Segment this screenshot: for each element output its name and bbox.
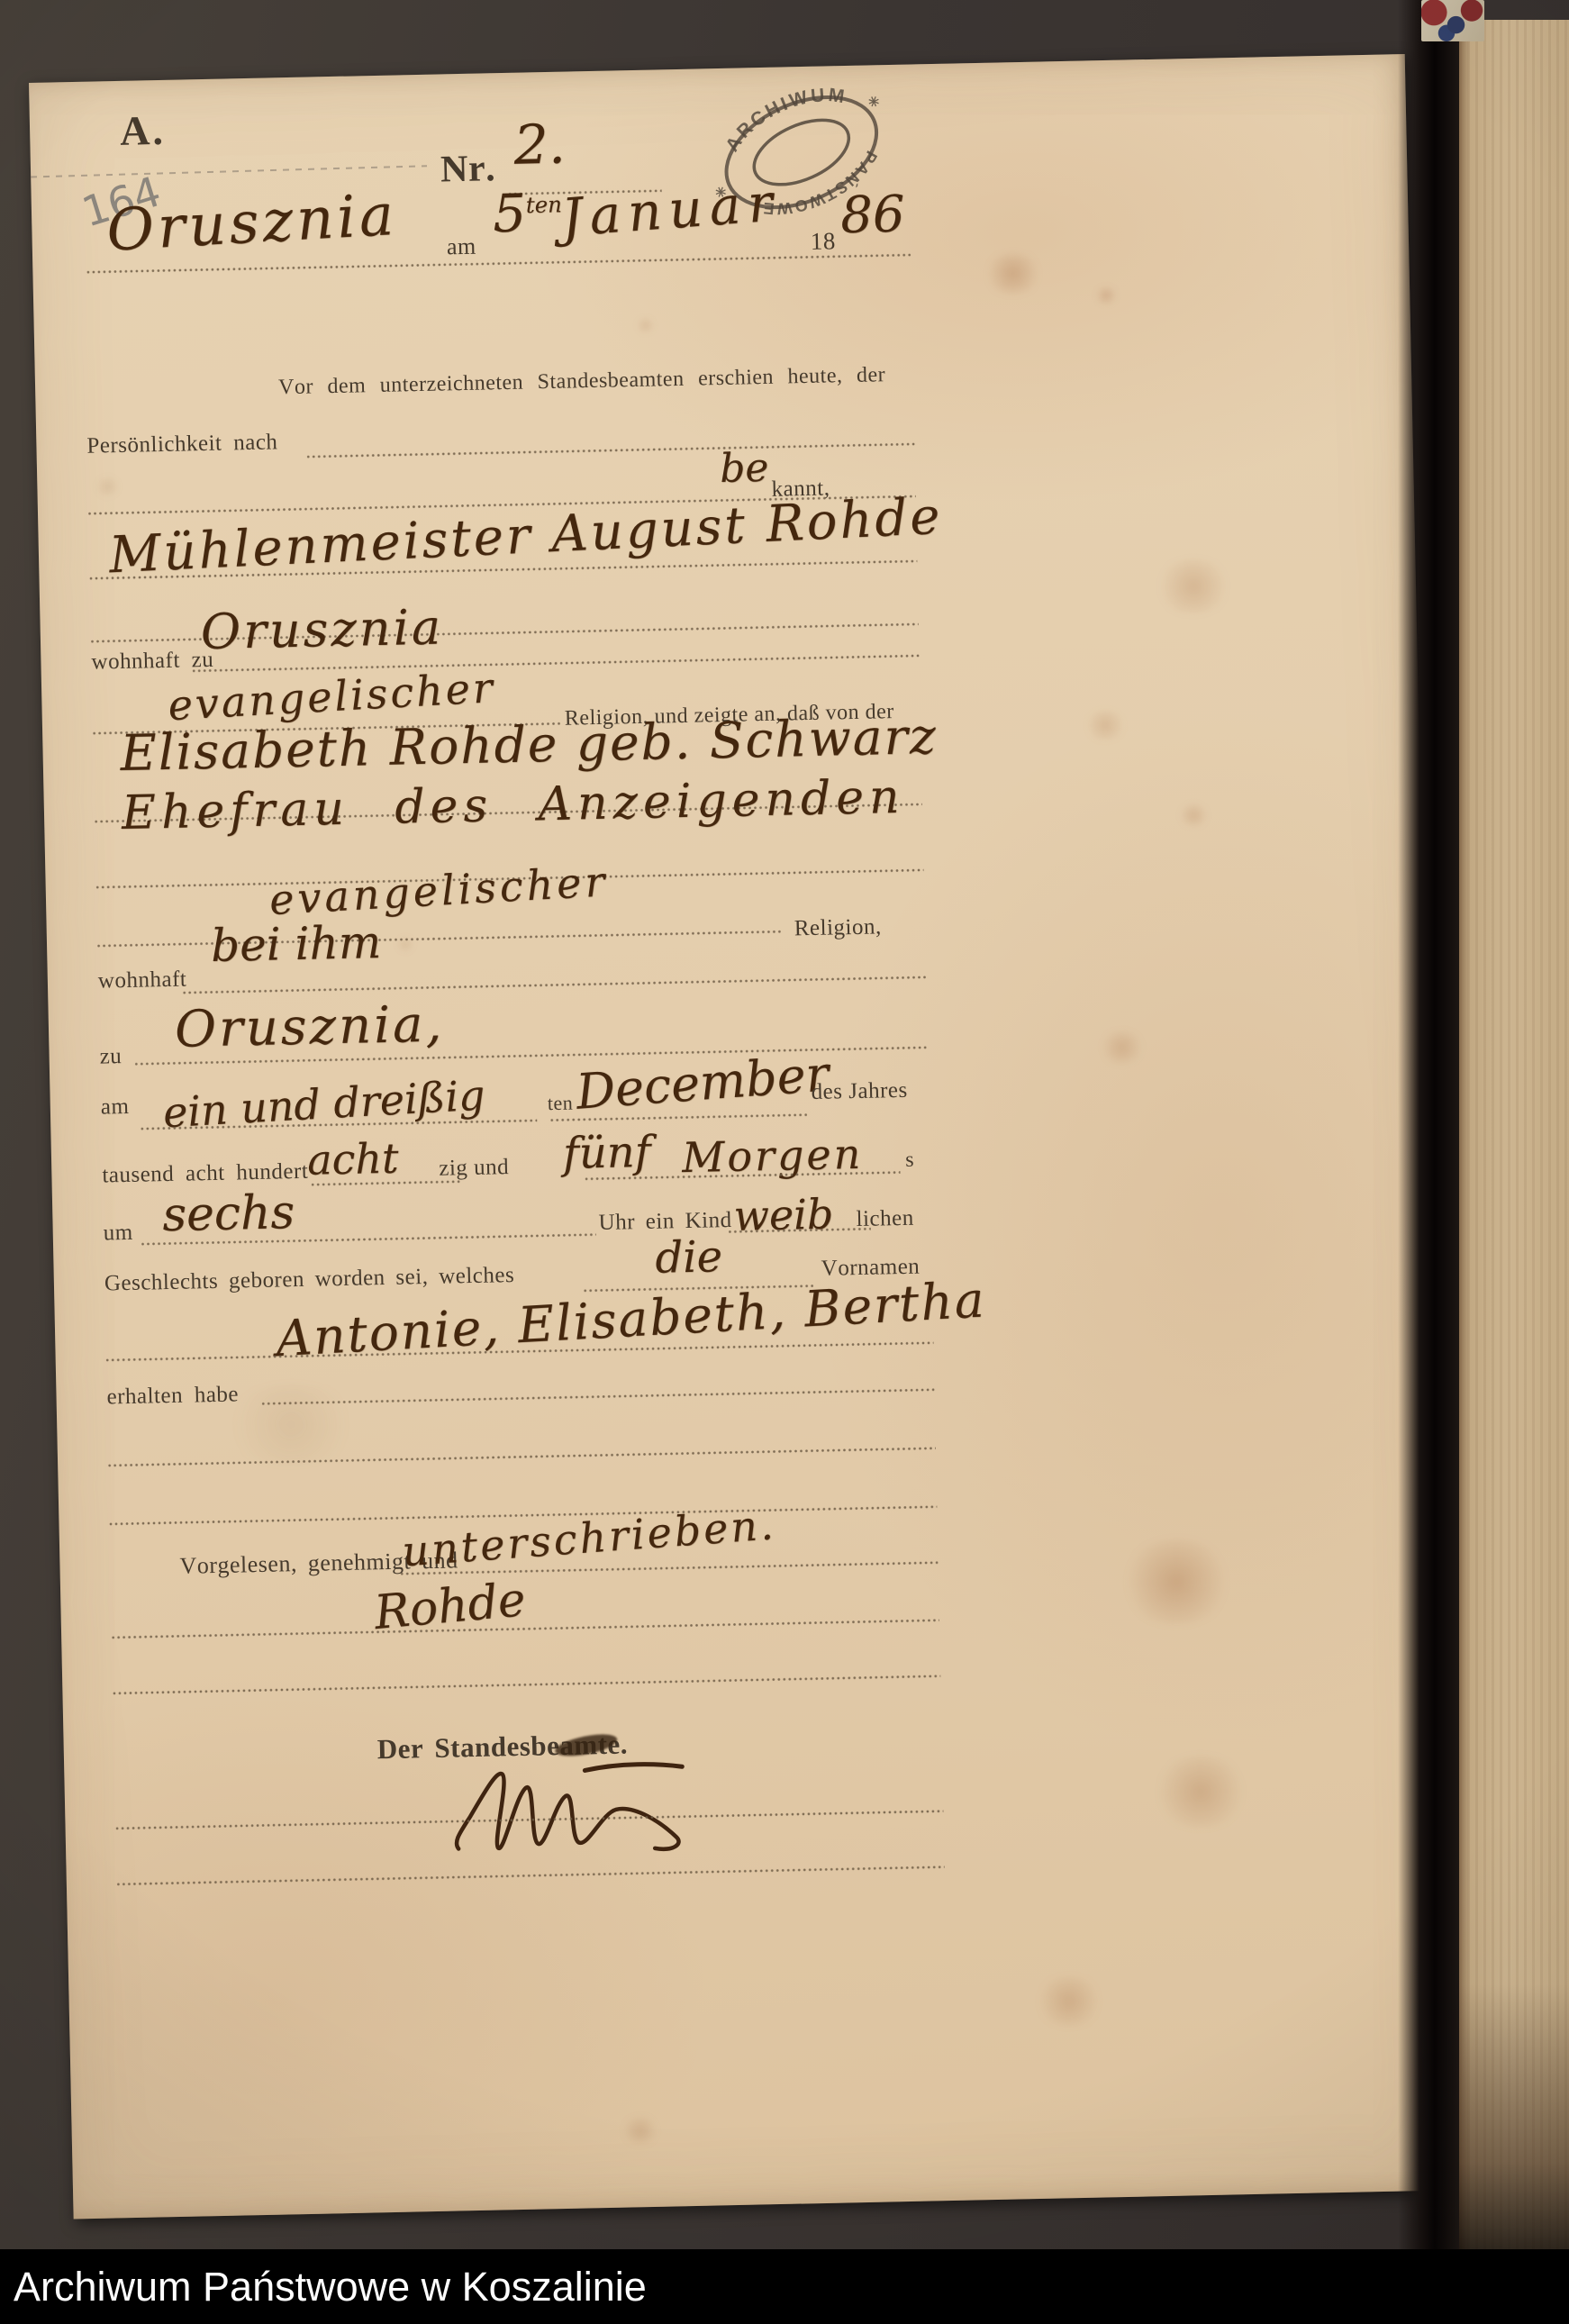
dotted-line bbox=[97, 931, 782, 948]
zig-und-label: zig und bbox=[439, 1156, 509, 1181]
date-day-suffix: ten bbox=[526, 191, 563, 218]
paper-stain bbox=[1152, 558, 1234, 614]
religion2-handwritten: evangelischer bbox=[268, 859, 610, 921]
paper-stain bbox=[619, 2117, 661, 2145]
dotted-line bbox=[307, 442, 915, 458]
birth-month-handwritten: December bbox=[575, 1049, 830, 1118]
record-number-handwritten: 2. bbox=[513, 117, 567, 175]
um-label: um bbox=[104, 1221, 133, 1246]
document-page: A. 164 Nr. 2. ARCHIWUM PAŃSTWOWE ✳ ✳ Oru… bbox=[29, 54, 1449, 2219]
paper-stain bbox=[1083, 711, 1129, 740]
dotted-line bbox=[108, 1447, 936, 1466]
paper-stain bbox=[1177, 804, 1210, 827]
dotted-line bbox=[183, 976, 926, 994]
paper-stain bbox=[636, 318, 656, 331]
tausend-label: tausend acht hundert bbox=[102, 1160, 308, 1188]
nr-label: Nr. bbox=[440, 149, 496, 189]
am-label: am bbox=[447, 234, 476, 259]
registry-place-handwritten: Orusznia bbox=[105, 186, 399, 262]
date-day: 5 bbox=[492, 182, 526, 244]
residence2-handwritten: bei ihm bbox=[211, 919, 382, 969]
year-printed: 18 bbox=[811, 228, 837, 254]
des-jahres-label: des Jahres bbox=[811, 1079, 908, 1104]
year-unit-handwritten: fünf bbox=[563, 1130, 651, 1176]
marbled-book-edge bbox=[1421, 0, 1484, 41]
date-day-handwritten: 5ten bbox=[493, 186, 563, 241]
opposite-page-edge bbox=[1459, 20, 1569, 2252]
dotted-line bbox=[117, 1866, 945, 1885]
birthplace-handwritten: Orusznia, bbox=[174, 999, 444, 1058]
bekannt-prefix-handwritten: be bbox=[720, 448, 769, 490]
mother-name-handwritten: Elisabeth Rohde geb. Schwarz bbox=[120, 711, 938, 780]
paper-stain bbox=[1097, 1030, 1147, 1064]
year-decade-handwritten: acht bbox=[307, 1137, 399, 1182]
persoenlichkeit-label: Persönlichkeit nach bbox=[86, 431, 277, 458]
paper-stain bbox=[218, 1383, 364, 1466]
paper-stain bbox=[1094, 287, 1118, 304]
die-handwritten: die bbox=[655, 1234, 723, 1281]
book-binding-shadow bbox=[1398, 0, 1459, 2252]
paper-stain bbox=[396, 938, 414, 950]
year-handwritten: 86 bbox=[840, 189, 905, 243]
religion2-label: Religion, bbox=[794, 915, 882, 940]
unterschrieben-handwritten: unterschrieben. bbox=[401, 1502, 777, 1574]
paper-stain bbox=[1032, 1975, 1105, 2027]
wohnhaft-label: wohnhaft bbox=[98, 968, 187, 994]
hour-handwritten: sechs bbox=[162, 1188, 295, 1240]
form-letter-a: A. bbox=[120, 109, 167, 153]
residence-handwritten: Orusznia bbox=[200, 603, 443, 658]
am-label-2: am bbox=[101, 1095, 130, 1120]
erhalten-habe-label: erhalten habe bbox=[106, 1383, 239, 1409]
registrar-signature-flourish bbox=[449, 1757, 694, 1866]
geschlechts-label: Geschlechts geboren worden sei, welches bbox=[104, 1264, 515, 1296]
ten-label: ten bbox=[548, 1093, 574, 1114]
dotted-line bbox=[262, 1388, 935, 1405]
dotted-line bbox=[113, 1675, 940, 1694]
lichen-label: lichen bbox=[856, 1207, 914, 1232]
archive-caption-bar: Archiwum Państwowe w Koszalinie bbox=[0, 2249, 1569, 2324]
s-label: s bbox=[905, 1149, 914, 1172]
paper-stain bbox=[1117, 1538, 1236, 1626]
archive-caption-text: Archiwum Państwowe w Koszalinie bbox=[14, 2264, 647, 2310]
paper-stain bbox=[1150, 1755, 1251, 1829]
zu-label: zu bbox=[99, 1045, 122, 1069]
paper-stain bbox=[981, 252, 1045, 294]
paper-stain bbox=[94, 477, 121, 496]
intro-line: Vor dem unterzeichneten Standesbeamten e… bbox=[278, 364, 885, 399]
stamp-star-right-icon: ✳ bbox=[866, 93, 883, 112]
mother-relation-handwritten: Ehefrau des Anzeigenden bbox=[121, 773, 905, 839]
date-month-handwritten: Januar bbox=[559, 175, 782, 246]
faint-pencil-line bbox=[31, 165, 427, 177]
photo-of-register-page: A. 164 Nr. 2. ARCHIWUM PAŃSTWOWE ✳ ✳ Oru… bbox=[0, 0, 1569, 2324]
